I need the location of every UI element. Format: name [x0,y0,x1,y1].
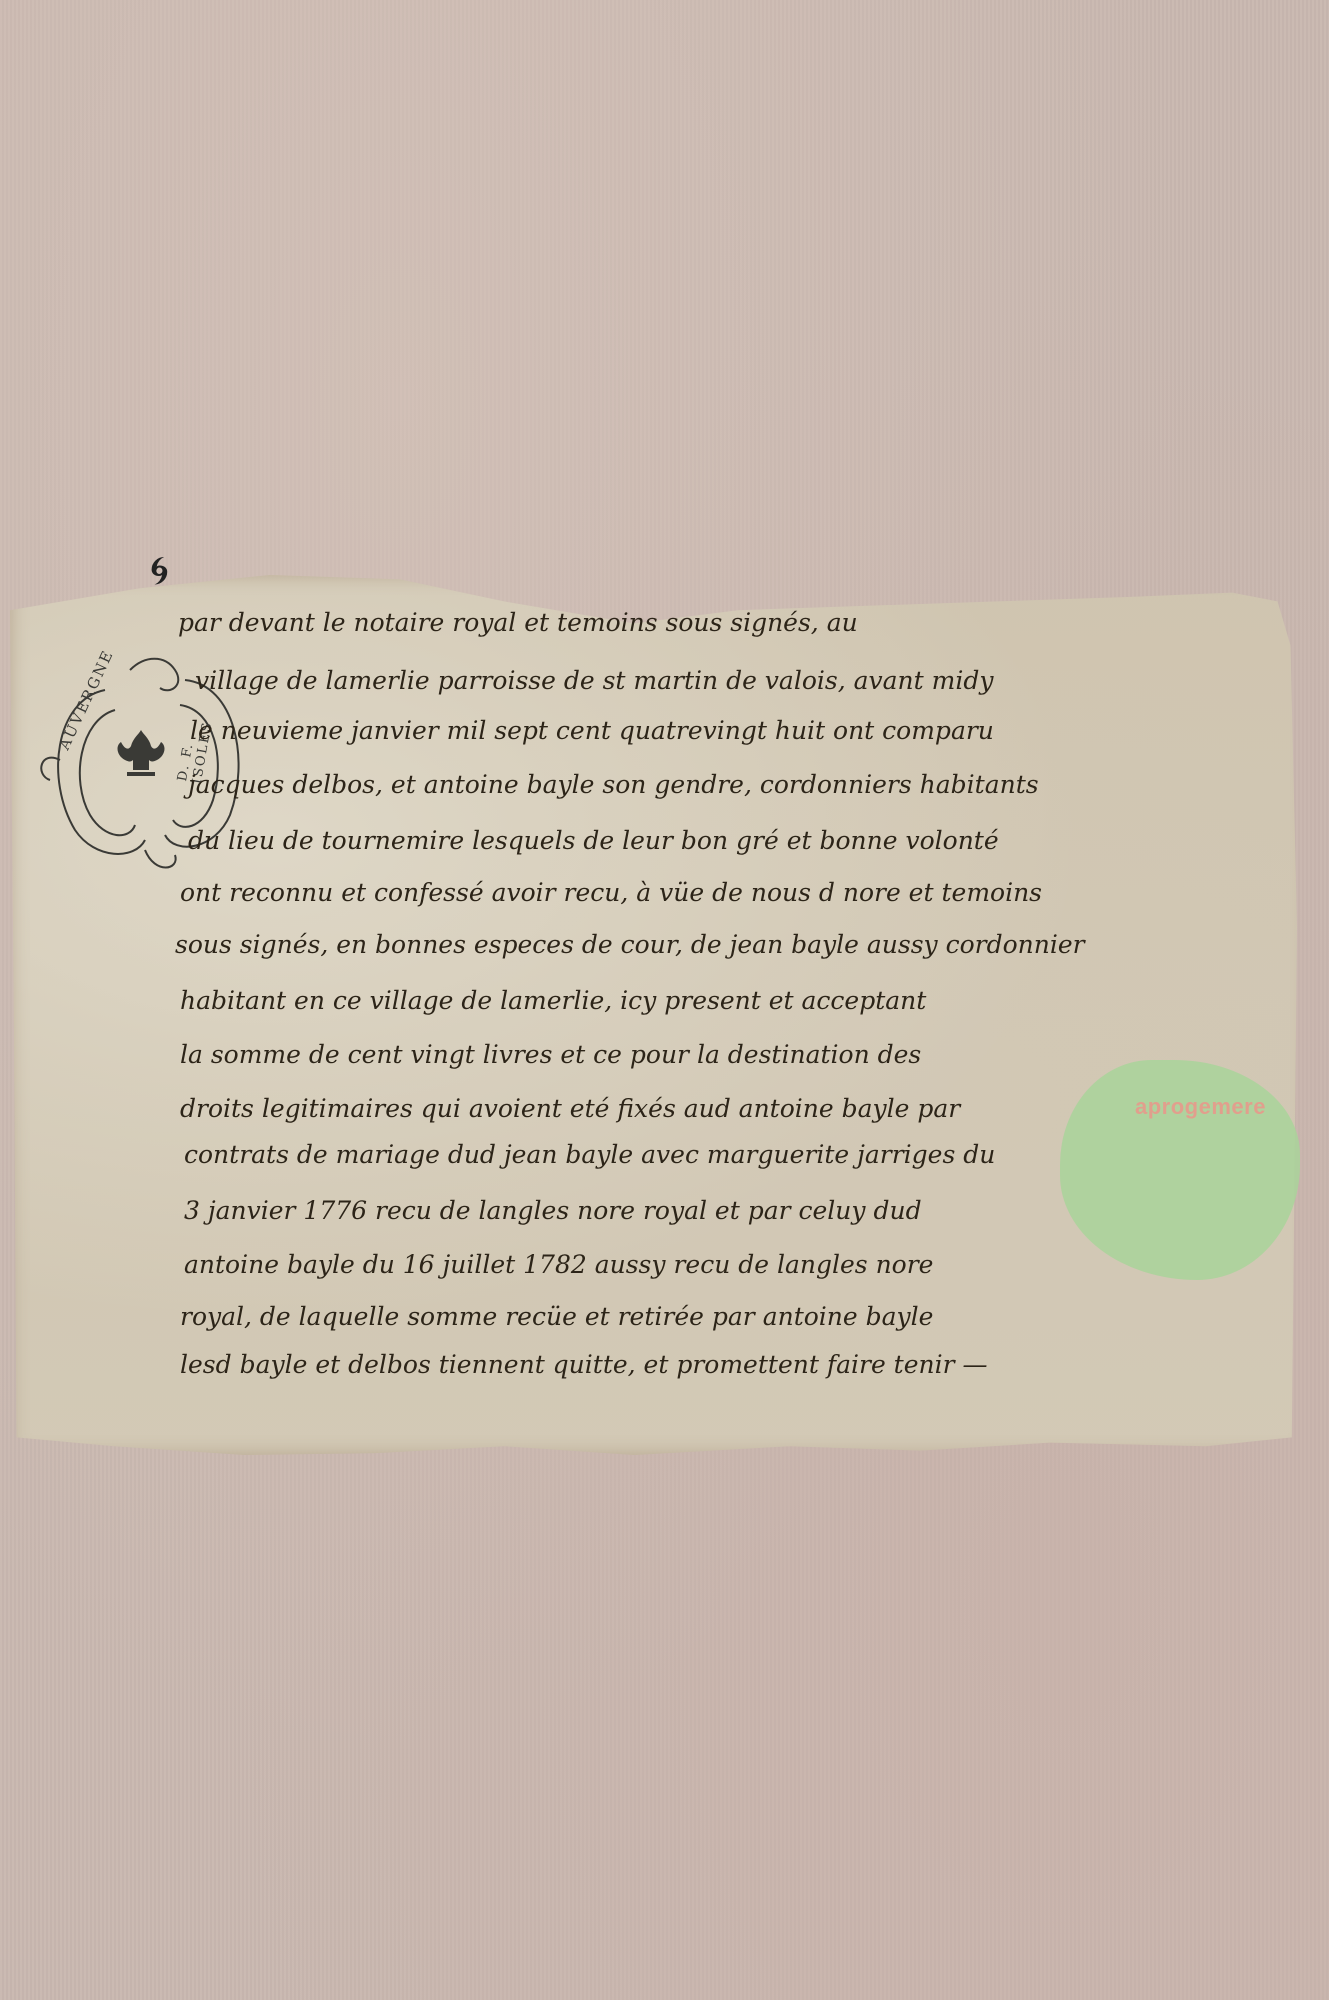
text-line: ont reconnu et confessé avoir recu, à vü… [180,878,1042,907]
text-line: sous signés, en bonnes especes de cour, … [175,930,1085,959]
text-line: du lieu de tournemire lesquels de leur b… [188,826,999,855]
text-line: par devant le notaire royal et temoins s… [178,608,858,637]
text-line: village de lamerlie parroisse de st mart… [195,666,993,695]
watermark-text: aprogemere [1135,1094,1266,1120]
ornament-curl-icon: 🌀︎ [150,548,169,594]
text-line: contrats de mariage dud jean bayle avec … [184,1140,995,1169]
text-line: lesd bayle et delbos tiennent quitte, et… [180,1350,988,1379]
text-line: habitant en ce village de lamerlie, icy … [180,986,926,1015]
text-line: droits legitimaires qui avoient eté fixé… [180,1094,960,1123]
text-line: royal, de laquelle somme recüe et retiré… [180,1302,933,1331]
text-line: la somme de cent vingt livres et ce pour… [180,1040,921,1069]
text-line: le neuvieme janvier mil sept cent quatre… [190,716,994,745]
text-line: antoine bayle du 16 juillet 1782 aussy r… [184,1250,933,1279]
text-line: jacques delbos, et antoine bayle son gen… [188,770,1039,799]
text-line: 3 janvier 1776 recu de langles nore roya… [184,1196,922,1225]
